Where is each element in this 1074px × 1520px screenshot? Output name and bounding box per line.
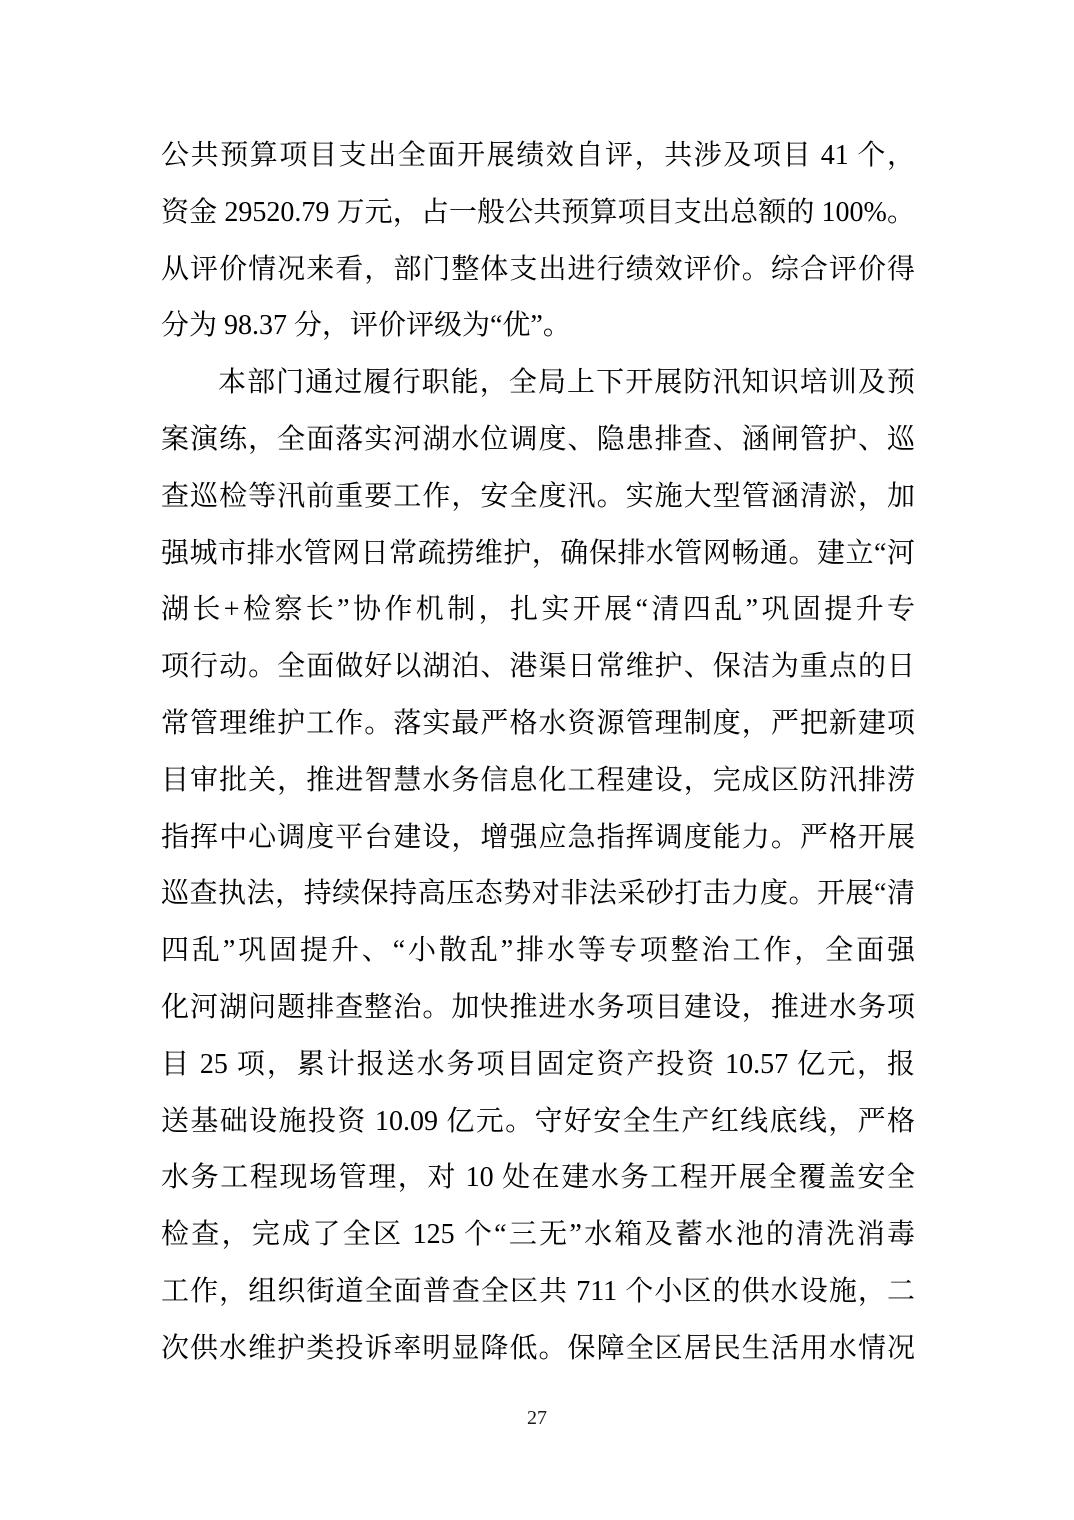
text-line: 湖长+检察长”协作机制，扎实开展“清四乱”巩固提升专 bbox=[161, 582, 915, 639]
text-line: 资金 29520.79 万元，占一般公共预算项目支出总额的 100%。 bbox=[161, 185, 915, 242]
text-line: 送基础设施投资 10.09 亿元。守好安全生产红线底线，严格 bbox=[161, 1094, 915, 1151]
text-line: 案演练，全面落实河湖水位调度、隐患排查、涵闸管护、巡 bbox=[161, 412, 915, 469]
text-line: 公共预算项目支出全面开展绩效自评，共涉及项目 41 个， bbox=[161, 128, 915, 185]
text-line: 常管理维护工作。落实最严格水资源管理制度，严把新建项 bbox=[161, 696, 915, 753]
text-line: 目审批关，推进智慧水务信息化工程建设，完成区防汛排涝 bbox=[161, 753, 915, 810]
document-page: 公共预算项目支出全面开展绩效自评，共涉及项目 41 个，资金 29520.79 … bbox=[0, 0, 1074, 1520]
text-line: 水务工程现场管理，对 10 处在建水务工程开展全覆盖安全 bbox=[161, 1150, 915, 1207]
paragraph: 本部门通过履行职能，全局上下开展防汛知识培训及预案演练，全面落实河湖水位调度、隐… bbox=[161, 355, 915, 1377]
text-line: 指挥中心调度平台建设，增强应急指挥调度能力。严格开展 bbox=[161, 810, 915, 867]
text-line: 项行动。全面做好以湖泊、港渠日常维护、保洁为重点的日 bbox=[161, 639, 915, 696]
text-line: 四乱”巩固提升、“小散乱”排水等专项整治工作，全面强 bbox=[161, 923, 915, 980]
text-line: 从评价情况来看，部门整体支出进行绩效评价。综合评价得 bbox=[161, 242, 915, 299]
text-line: 目 25 项，累计报送水务项目固定资产投资 10.57 亿元，报 bbox=[161, 1037, 915, 1094]
paragraph: 公共预算项目支出全面开展绩效自评，共涉及项目 41 个，资金 29520.79 … bbox=[161, 128, 915, 355]
text-line: 本部门通过履行职能，全局上下开展防汛知识培训及预 bbox=[161, 355, 915, 412]
text-line: 检查，完成了全区 125 个“三无”水箱及蓄水池的清洗消毒 bbox=[161, 1207, 915, 1264]
text-line: 查巡检等汛前重要工作，安全度汛。实施大型管涵清淤，加 bbox=[161, 469, 915, 526]
page-number: 27 bbox=[0, 1405, 1074, 1431]
text-line: 巡查执法，持续保持高压态势对非法采砂打击力度。开展“清 bbox=[161, 866, 915, 923]
text-line: 次供水维护类投诉率明显降低。保障全区居民生活用水情况 bbox=[161, 1321, 915, 1378]
text-line: 分为 98.37 分，评价评级为“优”。 bbox=[161, 298, 915, 355]
text-line: 工作，组织街道全面普查全区共 711 个小区的供水设施，二 bbox=[161, 1264, 915, 1321]
text-line: 化河湖问题排查整治。加快推进水务项目建设，推进水务项 bbox=[161, 980, 915, 1037]
text-line: 强城市排水管网日常疏捞维护，确保排水管网畅通。建立“河 bbox=[161, 526, 915, 583]
document-body: 公共预算项目支出全面开展绩效自评，共涉及项目 41 个，资金 29520.79 … bbox=[161, 128, 915, 1378]
